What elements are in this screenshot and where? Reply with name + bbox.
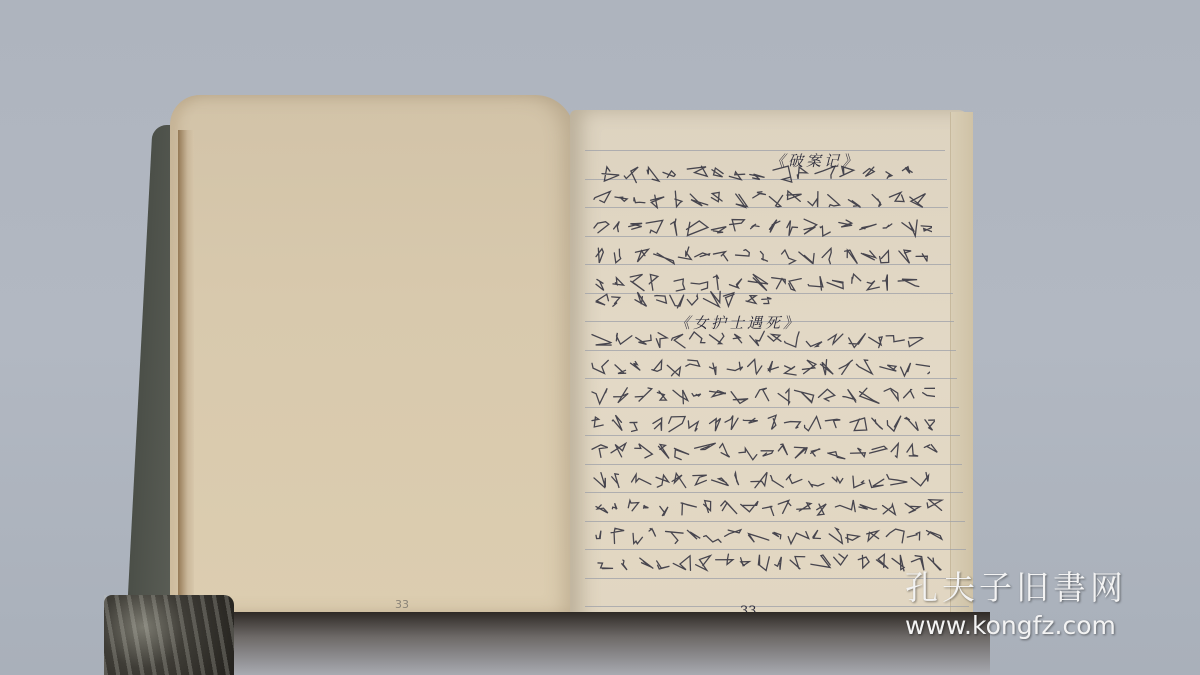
stone-paperweight [104, 595, 234, 675]
heading-section: 《女护士遇死》 [675, 312, 801, 333]
handwritten-line [594, 524, 944, 548]
handwritten-line [592, 468, 942, 492]
page-edges [178, 130, 194, 610]
ruled-line [585, 492, 963, 493]
handwritten-line [590, 440, 938, 464]
handwritten-line [594, 244, 929, 268]
watermark: 孔夫子旧書网 www.kongfz.com [905, 562, 1127, 640]
table-shadow [160, 612, 990, 675]
left-page-mark: 33 [395, 598, 409, 611]
ruled-line [585, 549, 966, 550]
ruled-line [585, 521, 965, 522]
watermark-url: www.kongfz.com [905, 611, 1127, 640]
handwritten-line [594, 288, 774, 312]
handwritten-line [590, 384, 935, 408]
handwritten-line [596, 551, 948, 575]
handwritten-line [592, 216, 932, 240]
handwritten-line [590, 356, 930, 380]
handwritten-line [594, 496, 944, 520]
watermark-chinese: 孔夫子旧書网 [905, 562, 1127, 609]
handwritten-line [590, 412, 935, 436]
handwritten-line [592, 188, 937, 212]
left-page [170, 95, 575, 615]
heading-title: 《破案记》 [650, 150, 860, 171]
